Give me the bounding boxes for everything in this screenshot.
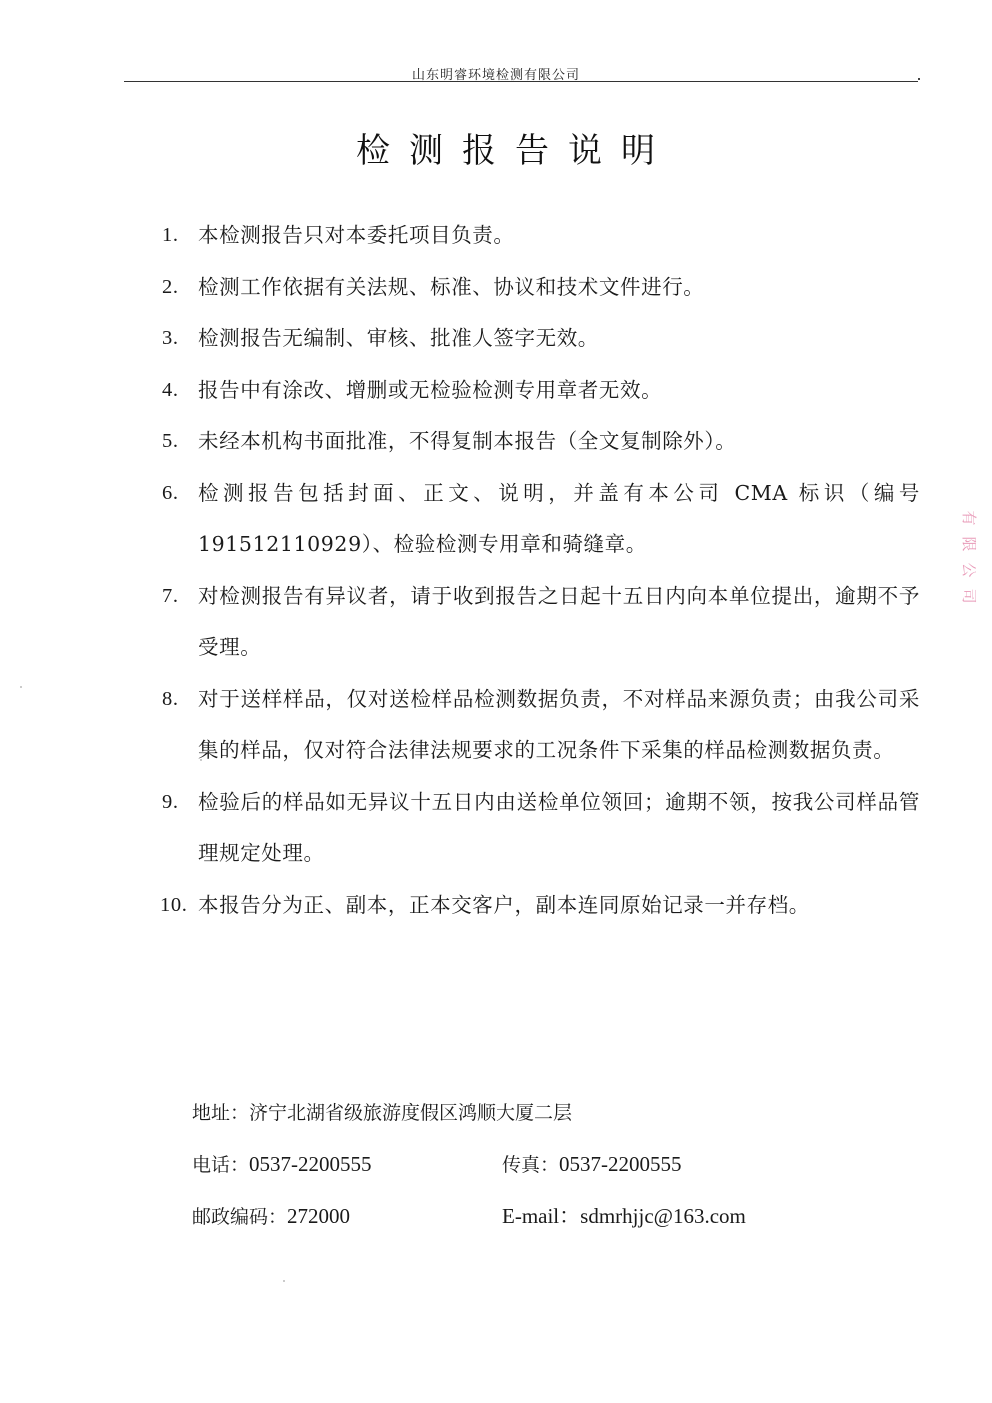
header-divider	[124, 81, 918, 82]
note-text: 对检测报告有异议者，请于收到报告之日起十五日内向本单位提出，逾期不予受理。	[198, 584, 920, 660]
note-item-4: 4. 报告中有涂改、增删或无检验检测专用章者无效。	[160, 365, 920, 417]
note-item-8: 8. 对于送样样品，仅对送检样品检测数据负责，不对样品来源负责；由我公司采集的样…	[160, 674, 920, 777]
note-item-5: 5. 未经本机构书面批准，不得复制本报告（全文复制除外）。	[160, 416, 920, 468]
note-text: 未经本机构书面批准，不得复制本报告（全文复制除外）。	[198, 429, 736, 453]
note-number: 1.	[162, 210, 179, 262]
seam-stamp-fragment: 有 限 公 司	[958, 505, 980, 665]
note-item-1: 1. 本检测报告只对本委托项目负责。	[160, 210, 920, 262]
fax-value: 0537-2200555	[559, 1152, 682, 1176]
note-item-2: 2. 检测工作依据有关法规、标准、协议和技术文件进行。	[160, 262, 920, 314]
note-text: 检测报告无编制、审核、批准人签字无效。	[198, 326, 599, 350]
seam-stamp-char: 公	[956, 559, 982, 581]
postcode-label: 邮政编码：	[192, 1206, 287, 1228]
note-text: 报告中有涂改、增删或无检验检测专用章者无效。	[198, 378, 662, 402]
note-text: 本检测报告只对本委托项目负责。	[198, 223, 515, 247]
postcode: 邮政编码：272000	[192, 1194, 350, 1239]
contact-row-phone-fax: 电话：0537-2200555 传真：0537-2200555	[192, 1142, 892, 1194]
scan-speck	[283, 1280, 285, 1282]
fax: 传真：0537-2200555	[502, 1142, 682, 1187]
note-item-6: 6. 检测报告包括封面、正文、说明，并盖有本公司 CMA 标识（编号191512…	[160, 468, 920, 571]
email-label: E-mail：	[502, 1204, 580, 1228]
scan-speck	[200, 759, 202, 761]
note-item-9: 9. 检验后的样品如无异议十五日内由送检单位领回；逾期不领，按我公司样品管理规定…	[160, 777, 920, 880]
address: 地址：济宁北湖省级旅游度假区鸿顺大厦二层	[192, 1090, 572, 1135]
address-value: 济宁北湖省级旅游度假区鸿顺大厦二层	[249, 1102, 572, 1124]
note-text: 本报告分为正、副本，正本交客户，副本连同原始记录一并存档。	[198, 893, 810, 917]
note-text: 检测报告包括封面、正文、说明，并盖有本公司 CMA 标识（编号191512110…	[198, 481, 920, 557]
note-number: 6.	[162, 468, 179, 520]
phone-label: 电话：	[192, 1154, 249, 1176]
contact-row-postcode-email: 邮政编码：272000 E-mail：sdmrhjjc@163.com	[192, 1194, 892, 1246]
notes-list: 1. 本检测报告只对本委托项目负责。 2. 检测工作依据有关法规、标准、协议和技…	[160, 210, 920, 931]
note-item-3: 3. 检测报告无编制、审核、批准人签字无效。	[160, 313, 920, 365]
address-label: 地址：	[192, 1102, 249, 1124]
note-number: 9.	[162, 777, 179, 829]
email: E-mail：sdmrhjjc@163.com	[502, 1194, 746, 1238]
note-text: 检测工作依据有关法规、标准、协议和技术文件进行。	[198, 275, 704, 299]
note-number: 3.	[162, 313, 179, 365]
scan-speck	[20, 686, 22, 688]
note-number: 7.	[162, 571, 179, 623]
note-number: 5.	[162, 416, 179, 468]
note-text: 对于送样样品，仅对送检样品检测数据负责，不对样品来源负责；由我公司采集的样品，仅…	[198, 687, 920, 763]
email-value: sdmrhjjc@163.com	[580, 1204, 746, 1228]
header-rule-end-mark	[918, 78, 920, 80]
seam-stamp-char: 司	[956, 585, 982, 607]
note-number: 10.	[160, 880, 187, 932]
seam-stamp-char: 限	[956, 533, 982, 555]
postcode-value: 272000	[287, 1204, 350, 1228]
note-text: 检验后的样品如无异议十五日内由送检单位领回；逾期不领，按我公司样品管理规定处理。	[198, 790, 920, 866]
phone-value: 0537-2200555	[249, 1152, 372, 1176]
phone: 电话：0537-2200555	[192, 1142, 372, 1187]
seam-stamp-char: 有	[956, 507, 982, 529]
note-number: 2.	[162, 262, 179, 314]
note-item-10: 10. 本报告分为正、副本，正本交客户，副本连同原始记录一并存档。	[160, 880, 920, 932]
page-title: 检测报告说明	[0, 123, 992, 172]
note-item-7: 7. 对检测报告有异议者，请于收到报告之日起十五日内向本单位提出，逾期不予受理。	[160, 571, 920, 674]
fax-label: 传真：	[502, 1154, 559, 1176]
note-number: 8.	[162, 674, 179, 726]
note-number: 4.	[162, 365, 179, 417]
contact-block: 地址：济宁北湖省级旅游度假区鸿顺大厦二层 电话：0537-2200555 传真：…	[192, 1090, 892, 1246]
contact-row-address: 地址：济宁北湖省级旅游度假区鸿顺大厦二层	[192, 1090, 892, 1142]
